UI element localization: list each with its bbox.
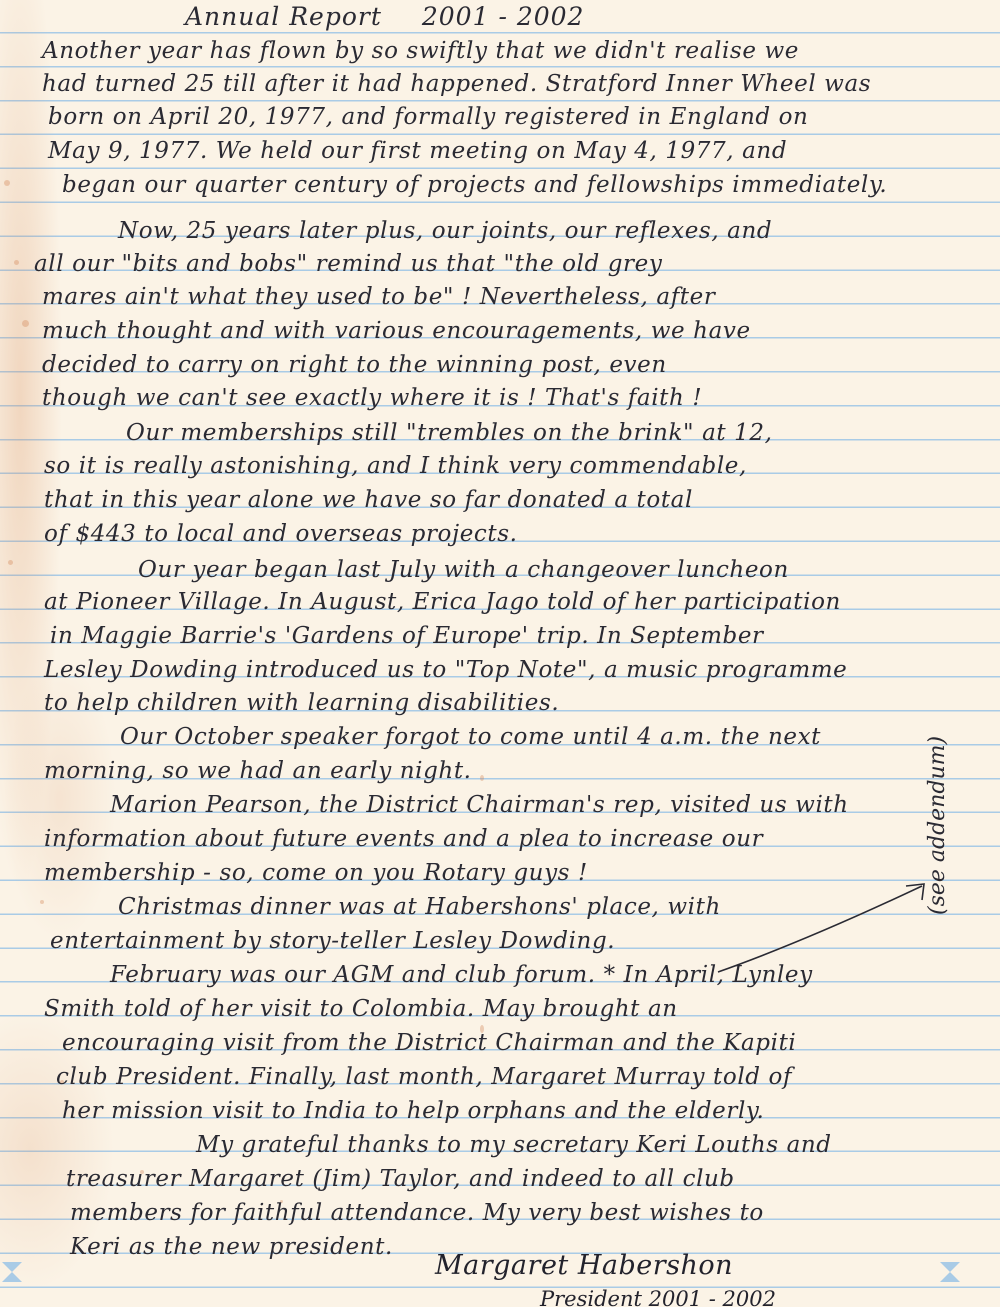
text-line: encouraging visit from the District Chai… (62, 1030, 796, 1056)
stain (4, 180, 10, 186)
text-line: had turned 25 till after it had happened… (42, 71, 871, 97)
title-text: Annual Report (185, 2, 382, 31)
text-line: treasurer Margaret (Jim) Taylor, and ind… (66, 1166, 735, 1192)
text-line: Smith told of her visit to Colombia. May… (44, 996, 678, 1022)
stain (14, 260, 19, 265)
text-line: Our memberships still "trembles on the b… (126, 420, 773, 446)
text-line: at Pioneer Village. In August, Erica Jag… (44, 589, 841, 615)
text-line: in Maggie Barrie's 'Gardens of Europe' t… (50, 623, 764, 649)
stain (40, 900, 44, 904)
text-line: so it is really astonishing, and I think… (44, 453, 747, 479)
text-line: mares ain't what they used to be" ! Neve… (42, 284, 715, 310)
text-line: all our "bits and bobs" remind us that "… (34, 251, 662, 277)
text-line: decided to carry on right to the winning… (42, 352, 667, 378)
signature-title: President 2001 - 2002 (540, 1287, 776, 1307)
stain (22, 320, 29, 327)
text-line: Our October speaker forgot to come until… (120, 724, 821, 750)
text-line: though we can't see exactly where it is … (42, 385, 702, 411)
text-line: Lesley Dowding introduced us to "Top Not… (44, 657, 847, 683)
text-line: born on April 20, 1977, and formally reg… (48, 104, 808, 130)
page-title: Annual Report2001 - 2002 (185, 2, 584, 31)
text-line: Keri as the new president. (70, 1234, 393, 1260)
text-line: much thought and with various encouragem… (42, 318, 751, 344)
text-line: Marion Pearson, the District Chairman's … (110, 792, 849, 818)
signature: Margaret Habershon (435, 1250, 733, 1281)
text-line: her mission visit to India to help orpha… (62, 1098, 764, 1124)
text-line: to help children with learning disabilit… (44, 690, 559, 716)
arrow-icon (700, 880, 940, 980)
text-line: of $443 to local and overseas projects. (44, 521, 518, 547)
stain (480, 775, 484, 781)
text-line: that in this year alone we have so far d… (44, 487, 693, 513)
text-line: members for faithful attendance. My very… (70, 1200, 764, 1226)
text-line: membership - so, come on you Rotary guys… (44, 860, 588, 886)
stain (8, 560, 13, 565)
title-years: 2001 - 2002 (422, 2, 585, 31)
text-line: May 9, 1977. We held our first meeting o… (48, 138, 787, 164)
text-line: My grateful thanks to my secretary Keri … (196, 1132, 832, 1158)
text-line: began our quarter century of projects an… (62, 172, 887, 198)
text-line: Our year began last July with a changeov… (138, 557, 789, 583)
text-line: morning, so we had an early night. (44, 758, 472, 784)
text-line: entertainment by story-teller Lesley Dow… (50, 928, 615, 954)
text-line: Another year has flown by so swiftly tha… (42, 38, 799, 64)
text-line: Christmas dinner was at Habershons' plac… (118, 894, 721, 920)
text-line: club President. Finally, last month, Mar… (56, 1064, 792, 1090)
text-line: Now, 25 years later plus, our joints, ou… (118, 218, 772, 244)
text-line: information about future events and a pl… (44, 826, 763, 852)
